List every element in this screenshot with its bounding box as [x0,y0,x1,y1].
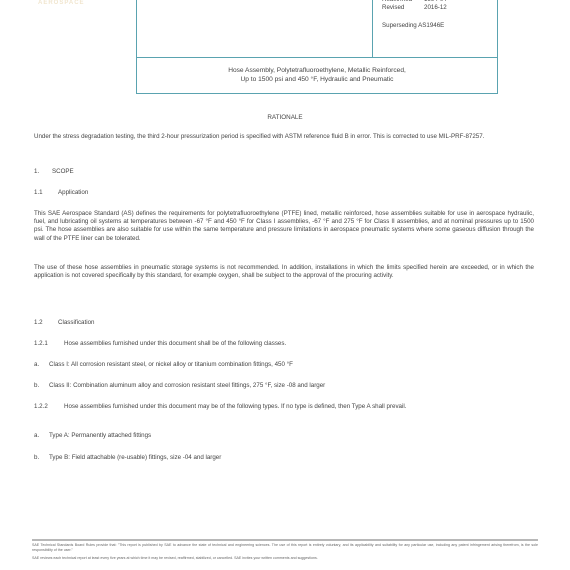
type-item: a. Type A: Permanently attached fittings [34,432,534,440]
list-text: Type A: Permanently attached fittings [49,432,151,440]
document-title: Hose Assembly, Polytetrafluoroethylene, … [136,57,498,94]
application-paragraph-2: The use of these hose assemblies in pneu… [34,264,534,280]
section-number: 1. [34,168,52,176]
meta-label: Revised [382,4,424,12]
document-page: AEROSPACE STANDARD Reaffirmed 1994-04 Re… [0,0,570,570]
document-type: STANDARD [147,0,188,1]
section-text: Hose assemblies furnished under this doc… [64,403,406,411]
rationale-text: Under the stress degradation testing, th… [34,133,534,141]
section-number: 1.2 [34,319,58,327]
title-line-1: Hose Assembly, Polytetrafluoroethylene, … [137,66,497,75]
meta-value: 2016-12 [424,4,447,12]
list-text: Type B: Field attachable (re-usable) fit… [49,454,221,462]
section-title: Classification [58,319,94,327]
footer-notice-2: SAE reviews each technical report at lea… [32,556,538,561]
meta-revised: Revised 2016-12 [382,4,492,12]
list-marker: a. [34,361,49,369]
section-title: SCOPE [52,168,74,176]
section-number: 1.2.1 [34,340,64,348]
section-number: 1.1 [34,189,58,197]
section-classification: 1.2 Classification [34,319,94,327]
section-number: 1.2.2 [34,403,64,411]
list-marker: a. [34,432,49,440]
section-scope: 1. SCOPE [34,168,74,176]
application-paragraph-1: This SAE Aerospace Standard (AS) defines… [34,210,534,243]
class-item: b. Class II: Combination aluminum alloy … [34,382,534,390]
section-application: 1.1 Application [34,189,88,197]
section-text: Hose assemblies furnished under this doc… [64,340,286,348]
footer-divider [32,539,538,541]
class-item: a. Class I: All corrosion resistant stee… [34,361,534,369]
rationale-heading: RATIONALE [0,114,570,122]
list-marker: b. [34,454,49,462]
section-title: Application [58,189,88,197]
superseding-note: Superseding AS1946E [382,22,492,30]
type-item: b. Type B: Field attachable (re-usable) … [34,454,534,462]
list-text: Class II: Combination aluminum alloy and… [49,382,325,390]
sae-logo: AEROSPACE [38,0,108,4]
list-marker: b. [34,382,49,390]
header-box: STANDARD Reaffirmed 1994-04 Revised 2016… [136,0,498,58]
section-1-2-2: 1.2.2 Hose assemblies furnished under th… [34,403,534,411]
section-1-2-1: 1.2.1 Hose assemblies furnished under th… [34,340,286,348]
footer-notice-1: SAE Technical Standards Board Rules prov… [32,543,538,552]
list-text: Class I: All corrosion resistant steel, … [49,361,293,369]
header-left-cell: STANDARD [137,0,373,57]
document-meta: Reaffirmed 1994-04 Revised 2016-12 Super… [382,0,492,30]
title-line-2: Up to 1500 psi and 450 °F, Hydraulic and… [137,75,497,84]
